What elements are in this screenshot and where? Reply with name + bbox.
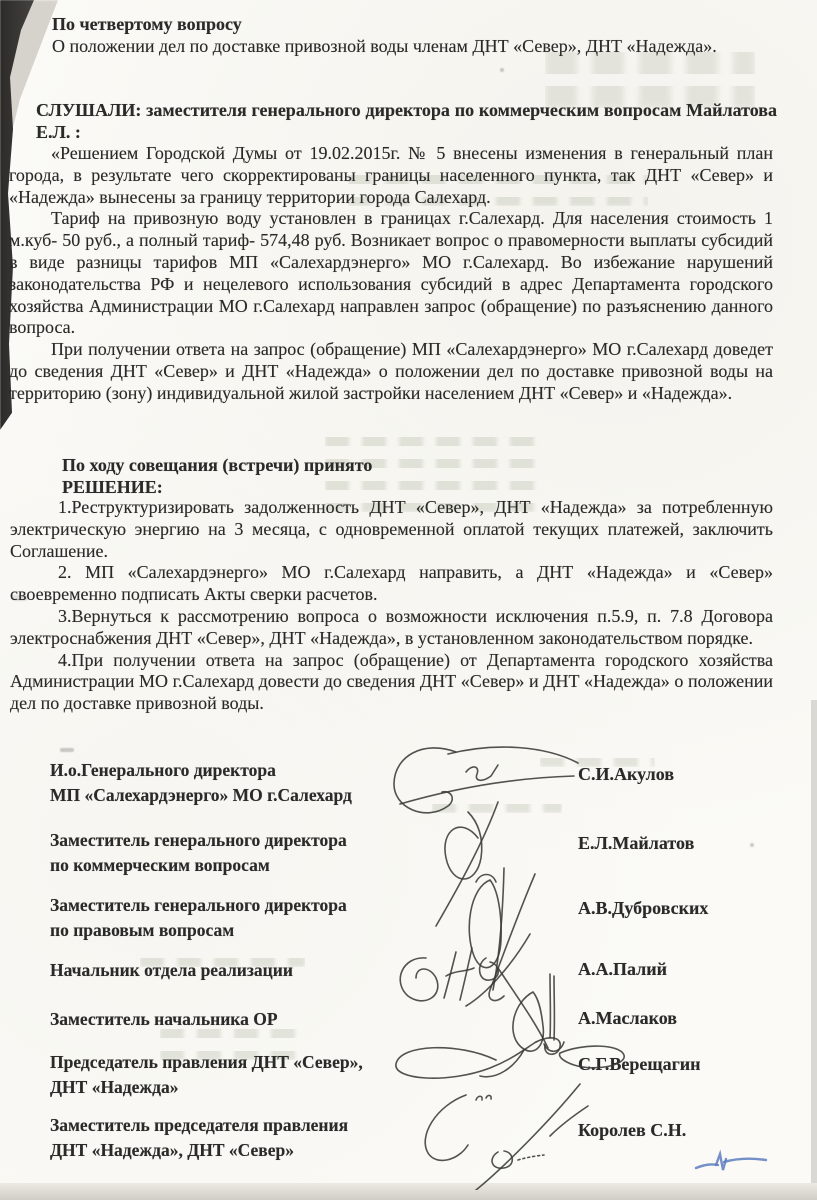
agenda-item-heading: По четвертому вопросу (52, 13, 772, 35)
signatory-title: Начальник отдела реализации (50, 958, 420, 983)
speech-paragraph: «Решением Городской Думы от 19.02.2015г.… (9, 143, 773, 208)
signature-korolev (425, 1084, 588, 1190)
decision-item: 3.Вернуться к рассмотрению вопроса о воз… (10, 606, 773, 650)
scan-right-band (811, 700, 817, 1183)
heard-paragraph: СЛУШАЛИ: заместителя генерального директ… (36, 99, 777, 144)
signatory-title: Заместитель генерального директора по ко… (50, 828, 420, 877)
decision-intro: По ходу совещания (встречи) принято (62, 454, 372, 476)
signature-paliy (400, 934, 548, 1048)
decision-items: 1.Реструктуризировать задолженность ДНТ … (10, 497, 773, 715)
signature-maylatov (436, 802, 498, 926)
signatory-title: Председатель правления ДНТ «Север», ДНТ … (50, 1050, 420, 1099)
decision-head-block: По ходу совещания (встречи) принято РЕШЕ… (62, 454, 372, 498)
heard-text: заместителя генерального директора по ко… (36, 100, 777, 142)
signature-vereshchagin (396, 1038, 624, 1078)
decision-item: 4.При получении ответа на запрос (обраще… (10, 650, 773, 715)
signatures-overlay (378, 738, 670, 1190)
signatory-title: Заместитель генерального директора по пр… (50, 893, 420, 942)
speech-body: «Решением Городской Думы от 19.02.2015г.… (9, 143, 773, 405)
decision-item: 1.Реструктуризировать задолженность ДНТ … (10, 497, 773, 562)
decision-heading: РЕШЕНИЕ: (62, 476, 372, 498)
signature-akulov (394, 747, 578, 813)
agenda-item-block: По четвертому вопросу О положении дел по… (52, 13, 772, 58)
agenda-item-subject: О положении дел по доставке привозной во… (52, 35, 772, 57)
signature-dubrovskikh (469, 868, 535, 1001)
dust-speck (60, 748, 74, 752)
signatory-title: И.о.Генерального директора МП «Салехардэ… (50, 758, 420, 807)
dust-speck (500, 68, 504, 72)
signatory-title: Заместитель начальника ОР (50, 1007, 420, 1032)
blue-pen-mark (692, 1146, 772, 1186)
speech-paragraph: При получении ответа на запрос (обращени… (9, 339, 773, 404)
scanned-document-page: По четвертому вопросу О положении дел по… (0, 0, 817, 1200)
speech-paragraph: Тариф на привозную воду установлен в гра… (9, 208, 773, 339)
heard-label: СЛУШАЛИ: (36, 100, 141, 120)
signatory-title: Заместитель председателя правления ДНТ «… (50, 1113, 420, 1162)
decision-item: 2. МП «Салехардэнерго» МО г.Салехард нап… (10, 562, 773, 606)
